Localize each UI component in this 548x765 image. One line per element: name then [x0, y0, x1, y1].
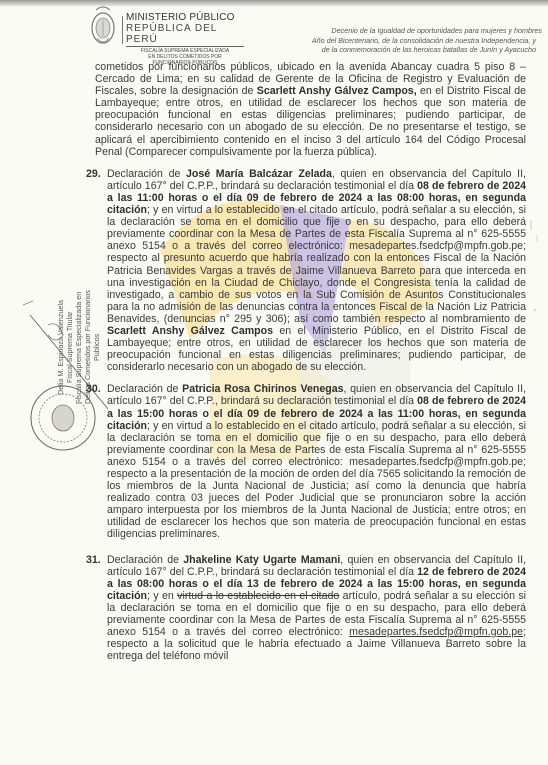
year-motto-line-2: de la conmemoración de las heroicas bata…	[270, 45, 546, 55]
person-name: Scarlett Anshy Gálvez Campos	[107, 325, 273, 337]
list-item-30: 30. Declaración de Patricia Rosa Chirino…	[86, 383, 526, 540]
email-link[interactable]: mesadepartes.fsedcfp@mpfn.gob.pe	[349, 626, 523, 638]
coat-of-arms-icon	[88, 4, 118, 48]
item-number: 29.	[86, 168, 101, 180]
witness-name: Jhakeline Katy Ugarte Mamani	[183, 554, 340, 566]
item-number: 30.	[86, 383, 101, 395]
witness-name: Patricia Rosa Chirinos Venegas	[182, 383, 343, 395]
country-name: REPÚBLICA DEL PERÚ	[126, 23, 244, 45]
letterhead: MINISTERIO PÚBLICO REPÚBLICA DEL PERÚ FI…	[0, 0, 548, 62]
year-motto-line-1: Año del Bicentenario, de la consolidació…	[270, 36, 546, 46]
witness-name: José María Balcázar Zelada	[186, 168, 332, 180]
carryover-paragraph: cometidos por funcionarios públicos, ubi…	[86, 61, 526, 158]
year-mottos: Decenio de la Igualdad de oportunidades …	[270, 26, 546, 55]
scan-artifacts	[525, 200, 545, 360]
person-name: Scarlett Anshy Gálvez Campos,	[257, 85, 417, 97]
decade-motto: Decenio de la Igualdad de oportunidades …	[270, 26, 546, 36]
list-item-29: 29. Declaración de José María Balcázar Z…	[86, 168, 526, 374]
institution-rule	[126, 46, 244, 47]
list-item-31: 31. Declaración de Jhakeline Katy Ugarte…	[86, 554, 526, 663]
institution-block: MINISTERIO PÚBLICO REPÚBLICA DEL PERÚ FI…	[126, 13, 244, 66]
document-body: cometidos por funcionarios públicos, ubi…	[86, 61, 526, 662]
struck-text: virtud a lo establecido en el citado	[177, 590, 339, 602]
institution-name: MINISTERIO PÚBLICO	[126, 13, 244, 23]
item-number: 31.	[86, 554, 101, 566]
letterhead-divider	[122, 16, 123, 44]
